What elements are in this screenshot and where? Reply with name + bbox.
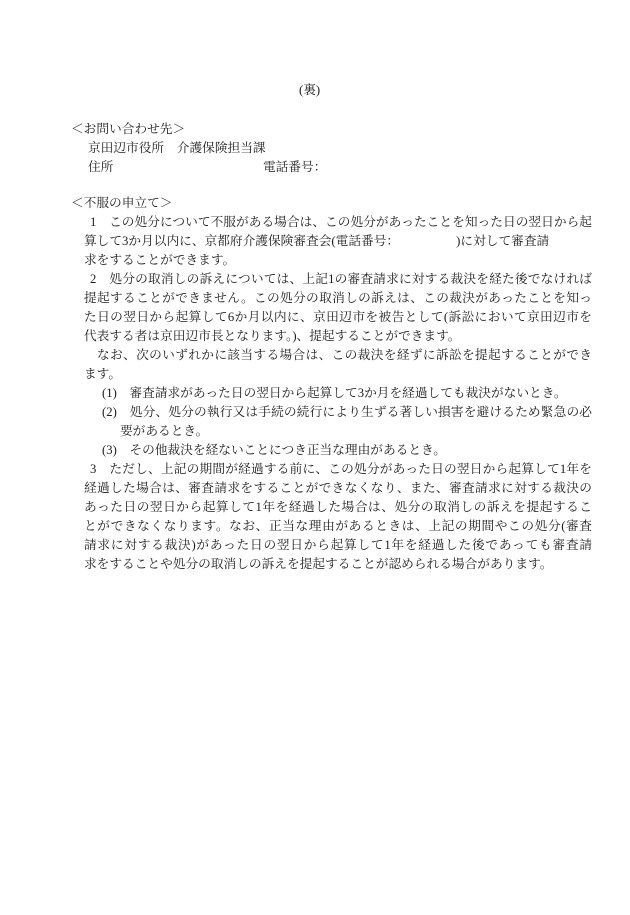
appeal-line: とができなくなります。なお、正当な理由があるときは、上記の期間やこの処分(審査 [84,517,592,536]
appeal-line: 代表する者は京田辺市長となります。)、提起することができます。 [84,327,460,346]
appeal-line: なお、次のいずれかに該当する場合は、この裁決を経ずに訴訟を提起することができ [97,346,592,365]
contact-office: 京田辺市役所 介護保険担当課 [88,139,266,158]
page-side-label: (裏) [299,81,320,100]
appeal-heading: ＜不服の申立て＞ [71,194,173,213]
appeal-line: た日の翌日から起算して6か月以内に、京田辺市を被告として(訴訟において京田辺市を [84,308,592,327]
contact-heading: ＜お問い合わせ先＞ [71,120,185,139]
appeal-list-item-continuation: 要があるとき。 [120,422,208,441]
appeal-line: 求をすることや処分の取消しの訴えを提起することが認められる場合があります。 [84,555,552,574]
contact-address-label: 住所 [88,158,113,177]
appeal-list-item: (1) 審査請求があった日の翌日から起算して3か月を経過しても裁決がないとき。 [102,384,567,403]
appeal-line: 求をすることができます。 [84,251,235,270]
appeal-line: 経過した場合は、審査請求をすることができなくなり、また、審査請求に対する裁決の [84,479,592,498]
appeal-list-item: (2) 処分、処分の執行又は手続の続行により生ずる著しい損害を避けるため緊急の必 [102,403,592,422]
appeal-line: 算して3か月以内に、京都府介護保険審査会(電話番号： )に対して審査請 [84,232,549,251]
appeal-line: 3 ただし、上記の期間が経過する前に、この処分があった日の翌日から起算して1年を [90,460,592,479]
appeal-line: 請求に対する裁決)があった日の翌日から起算して1年を経過した後であっても審査請 [84,536,592,555]
appeal-line: 1 この処分について不服がある場合は、この処分があったことを知った日の翌日から起 [90,213,592,232]
contact-phone-label: 電話番号： [263,158,326,177]
appeal-line: 提起することができません。この処分の取消しの訴えは、この裁決があったことを知っ [84,289,592,308]
appeal-list-item: (3) その他裁決を経ないことにつき正当な理由があるとき。 [102,441,446,460]
appeal-line: あった日の翌日から起算して1年を経過した場合は、処分の取消しの訴えを提起するこ [84,498,592,517]
appeal-line: ます。 [84,365,121,384]
appeal-line: 2 処分の取消しの訴えについては、上記1の審査請求に対する裁決を経た後でなければ [90,270,592,289]
document-page: (裏) ＜お問い合わせ先＞ 京田辺市役所 介護保険担当課 住所 電話番号： ＜不… [0,0,630,915]
